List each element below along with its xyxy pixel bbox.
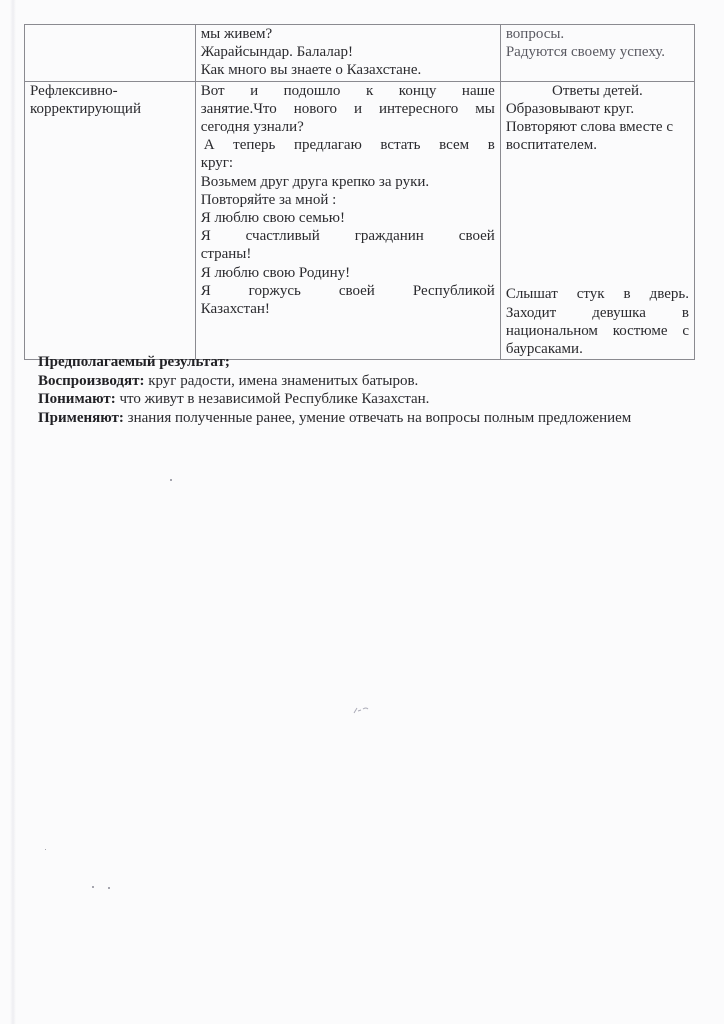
children-line: национальном костюме с <box>506 322 689 340</box>
table-row: мы живем? Жарайсындар. Балалар! Как мног… <box>25 25 695 82</box>
scan-speck <box>92 886 94 888</box>
stage-cell: Рефлексивно- корректирующий <box>25 81 196 360</box>
children-line: Радуются своему успеху. <box>506 43 689 61</box>
scan-speck <box>45 849 46 850</box>
children-line: Заходит девушка в <box>506 304 689 322</box>
stage-cell <box>25 25 196 82</box>
children-line: вопросы. <box>506 25 689 43</box>
children-line: воспитателем. <box>506 136 689 154</box>
teacher-line: Повторяйте за мной : <box>201 191 495 209</box>
scan-edge-shadow <box>10 0 16 1024</box>
result-text: круг радости, имена знаменитых батыров. <box>144 373 418 389</box>
scan-mark <box>352 705 370 715</box>
teacher-line: Жарайсындар. Балалар! <box>201 43 495 61</box>
children-line: Ответы детей. <box>506 82 689 100</box>
scan-speck <box>301 200 303 202</box>
children-line: Повторяют слова вместе с <box>506 118 689 136</box>
teacher-line: Я люблю свою семью! <box>201 209 495 227</box>
result-label: Понимают: <box>38 391 116 407</box>
teacher-activity-cell: мы живем? Жарайсындар. Балалар! Как мног… <box>195 25 500 82</box>
teacher-line: мы живем? <box>201 25 495 43</box>
teacher-activity-cell: Вот и подошло к концу наше занятие.Что н… <box>195 81 500 360</box>
table-row: Рефлексивно- корректирующий Вот и подошл… <box>25 81 695 360</box>
scan-speck <box>108 887 110 889</box>
result-item: Понимают: что живут в независимой Респуб… <box>38 390 631 409</box>
teacher-line: Вот и подошло к концу наше <box>201 82 495 100</box>
teacher-line: Я люблю свою Родину! <box>201 264 495 282</box>
teacher-line: занятие.Что нового и интересного мы <box>201 100 495 118</box>
teacher-line: Я горжусь своей Республикой <box>201 282 495 300</box>
children-activity-cell: Ответы детей. Образовывают круг. Повторя… <box>500 81 694 360</box>
stage-name-line: корректирующий <box>30 100 190 118</box>
results-heading: Предполагаемый результат; <box>38 353 631 372</box>
teacher-line: сегодня узнали? <box>201 118 495 136</box>
result-text: что живут в независимой Республике Казах… <box>116 391 430 407</box>
teacher-line: круг: <box>201 154 495 172</box>
children-activity-cell: вопросы. Радуются своему успеху. <box>500 25 694 82</box>
result-label: Применяют: <box>38 410 124 426</box>
stage-name-line: Рефлексивно- <box>30 82 190 100</box>
scan-speck <box>170 479 172 481</box>
results-heading-text: Предполагаемый результат; <box>38 354 230 370</box>
cell-spacer <box>506 154 689 285</box>
teacher-line: Я счастливый гражданин своей <box>201 227 495 245</box>
teacher-line: страны! <box>201 245 495 263</box>
result-text: знания полученные ранее, умение отвечать… <box>124 410 631 426</box>
teacher-line: Возьмем друг друга крепко за руки. <box>201 173 495 191</box>
expected-results: Предполагаемый результат; Воспроизводят:… <box>38 353 631 427</box>
children-line: Образовывают круг. <box>506 100 689 118</box>
children-line: Слышат стук в дверь. <box>506 285 689 303</box>
teacher-line: Как много вы знаете о Казахстане. <box>201 61 495 79</box>
result-item: Воспроизводят: круг радости, имена знаме… <box>38 372 631 391</box>
result-item: Применяют: знания полученные ранее, умен… <box>38 409 631 428</box>
teacher-line: А теперь предлагаю встать всем в <box>201 136 495 154</box>
lesson-plan-table: мы живем? Жарайсындар. Балалар! Как мног… <box>24 24 695 360</box>
teacher-line: Казахстан! <box>201 300 495 318</box>
result-label: Воспроизводят: <box>38 373 144 389</box>
